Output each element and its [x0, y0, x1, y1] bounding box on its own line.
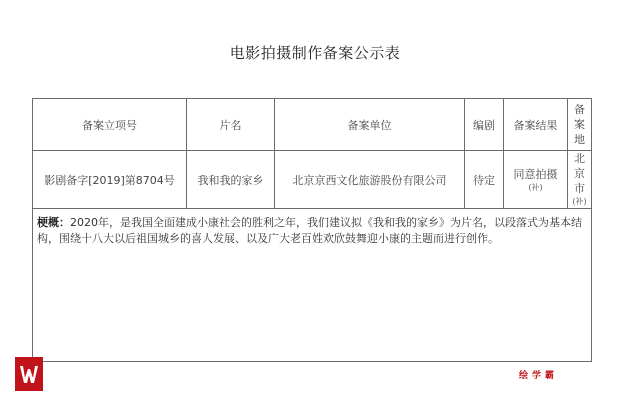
result-note: (补): [504, 182, 567, 194]
result-text: 同意拍摄: [514, 168, 558, 181]
synopsis-cell: 梗概：2020年，是我国全面建成小康社会的胜利之年，我们建议拟《我和我的家乡》为…: [33, 209, 592, 362]
header-film-title: 片名: [187, 99, 275, 151]
table-header-row: 备案立项号 片名 备案单位 编剧 备案结果 备案地: [33, 99, 592, 151]
header-record-number: 备案立项号: [33, 99, 187, 151]
location-note: (补): [568, 196, 591, 208]
header-filing-unit: 备案单位: [275, 99, 465, 151]
page-title: 电影拍摄制作备案公示表: [0, 42, 630, 63]
cell-film-title: 我和我的家乡: [187, 151, 275, 209]
cell-screenwriter: 待定: [465, 151, 504, 209]
header-location-text: 备案地: [573, 102, 587, 147]
cell-result: 同意拍摄 (补): [504, 151, 568, 209]
cell-record-number: 影剧备字[2019]第8704号: [33, 151, 187, 209]
header-screenwriter: 编剧: [465, 99, 504, 151]
synopsis-text: 2020年，是我国全面建成小康社会的胜利之年，我们建议拟《我和我的家乡》为片名，…: [37, 216, 582, 245]
header-result: 备案结果: [504, 99, 568, 151]
synopsis-label: 梗概：: [37, 216, 70, 229]
synopsis-row: 梗概：2020年，是我国全面建成小康社会的胜利之年，我们建议拟《我和我的家乡》为…: [33, 209, 592, 362]
filing-table: 备案立项号 片名 备案单位 编剧 备案结果 备案地 影剧备字[2019]第870…: [32, 98, 592, 362]
table-row: 影剧备字[2019]第8704号 我和我的家乡 北京京西文化旅游股份有限公司 待…: [33, 151, 592, 209]
location-text: 北京市: [573, 151, 587, 196]
header-location: 备案地: [568, 99, 592, 151]
cell-filing-unit: 北京京西文化旅游股份有限公司: [275, 151, 465, 209]
cell-location: 北京市 (补): [568, 151, 592, 209]
w-logo-icon: [15, 357, 43, 391]
brand-watermark: 绘学霸: [519, 368, 558, 381]
